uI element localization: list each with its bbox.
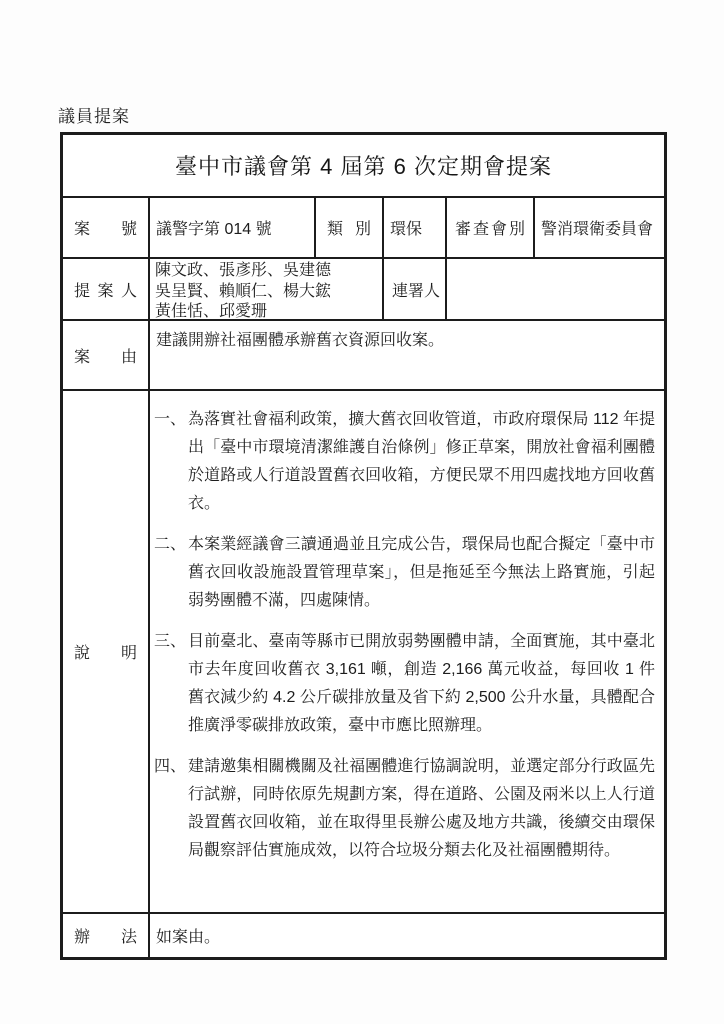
item-text: 為落實社會福利政策，擴大舊衣回收管道，市政府環保局 112 年提出「臺中市環境清… <box>188 406 655 518</box>
proposer-label: 提案人 <box>63 259 150 321</box>
proposer-line: 陳文政、張彥彤、吳建德 <box>155 261 378 282</box>
proposer-line: 黃佳恬、邱愛珊 <box>155 302 378 321</box>
method-label: 辦法 <box>63 914 150 957</box>
subject-value: 建議開辦社福團體承辦舊衣資源回收案。 <box>150 321 664 391</box>
description-item: 四、 建請邀集相關機關及社福團體進行協調說明，並選定部分行政區先行試辦，同時依原… <box>154 753 655 865</box>
method-value: 如案由。 <box>150 914 664 957</box>
category-label: 類別 <box>316 198 384 259</box>
item-text: 建請邀集相關機關及社福團體進行協調說明，並選定部分行政區先行試辦，同時依原先規劃… <box>188 753 655 865</box>
table-title: 臺中市議會第 4 屆第 6 次定期會提案 <box>63 135 664 198</box>
doc-type-label: 議員提案 <box>58 102 130 127</box>
proposal-table: 臺中市議會第 4 屆第 6 次定期會提案 案號 議警字第 014 號 類別 環保… <box>60 132 667 960</box>
review-committee-label: 審查會別 <box>447 198 535 259</box>
item-marker: 一、 <box>154 406 188 518</box>
category-value: 環保 <box>384 198 447 259</box>
review-committee-value: 警消環衛委員會 <box>535 198 664 259</box>
description-item: 三、 目前臺北、臺南等縣市已開放弱勢團體申請，全面實施，其中臺北市去年度回收舊衣… <box>154 628 655 740</box>
case-number-label: 案號 <box>63 198 150 259</box>
description-item: 二、 本案業經議會三讀通過並且完成公告，環保局也配合擬定「臺中市舊衣回收設施設置… <box>154 531 655 615</box>
proposer-line: 吳呈賢、賴順仁、楊大鋐 <box>155 282 378 303</box>
description-content: 一、 為落實社會福利政策，擴大舊衣回收管道，市政府環保局 112 年提出「臺中市… <box>150 391 664 914</box>
cosigner-value <box>447 259 664 321</box>
document-page: 議員提案 臺中市議會第 4 屆第 6 次定期會提案 案號 議警字第 014 號 … <box>0 0 724 1024</box>
item-marker: 四、 <box>154 753 188 865</box>
item-marker: 二、 <box>154 531 188 615</box>
cosigner-label: 連署人 <box>384 259 447 321</box>
subject-label: 案由 <box>63 321 150 391</box>
proposer-names: 陳文政、張彥彤、吳建德 吳呈賢、賴順仁、楊大鋐 黃佳恬、邱愛珊 <box>150 259 384 321</box>
item-text: 本案業經議會三讀通過並且完成公告，環保局也配合擬定「臺中市舊衣回收設施設置管理草… <box>188 531 655 615</box>
description-label: 說明 <box>63 391 150 914</box>
description-item: 一、 為落實社會福利政策，擴大舊衣回收管道，市政府環保局 112 年提出「臺中市… <box>154 406 655 518</box>
item-text: 目前臺北、臺南等縣市已開放弱勢團體申請，全面實施，其中臺北市去年度回收舊衣 3,… <box>188 628 655 740</box>
case-number-value: 議警字第 014 號 <box>150 198 316 259</box>
item-marker: 三、 <box>154 628 188 740</box>
